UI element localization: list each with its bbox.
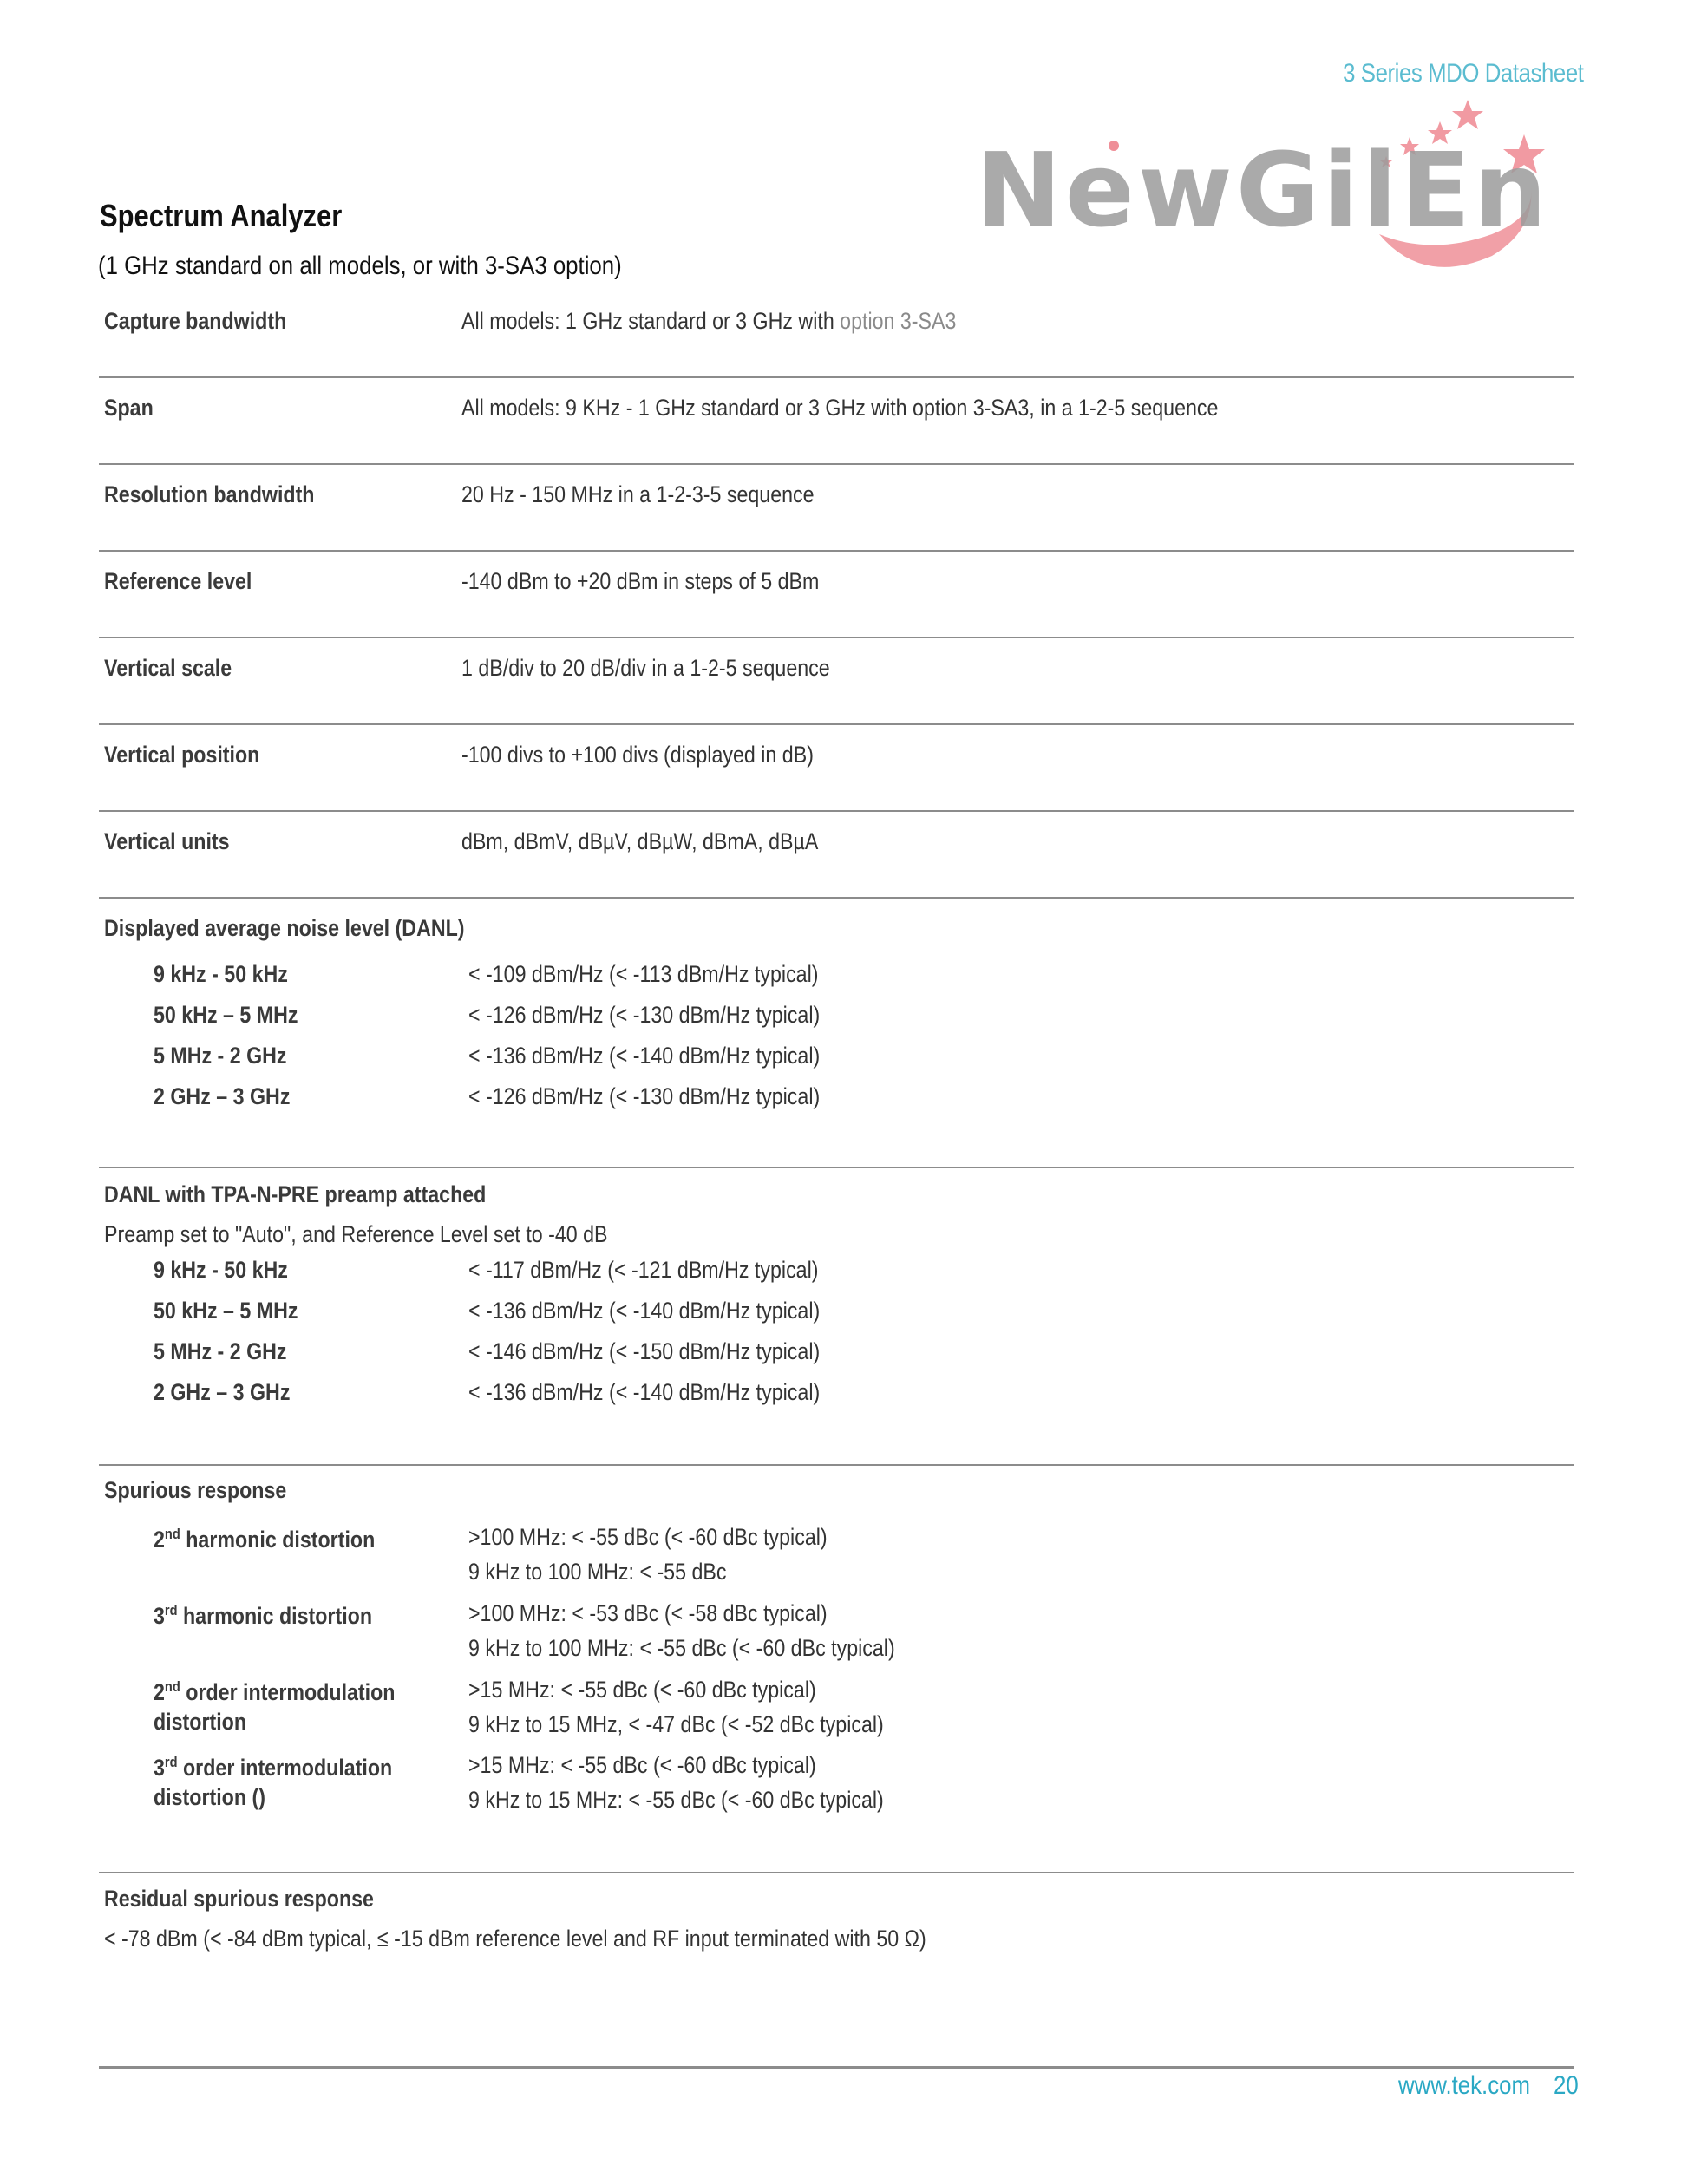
page-subtitle: (1 GHz standard on all models, or with 3… xyxy=(98,252,622,281)
page-title: Spectrum Analyzer xyxy=(100,198,342,234)
spurious-label-line2: distortion () xyxy=(154,1784,265,1811)
spec-label: Vertical units xyxy=(104,828,230,855)
option-3-sa3-link[interactable]: option 3-SA3 xyxy=(840,308,956,334)
spurious-label: 2nd order intermodulation xyxy=(154,1679,395,1706)
spurious-value: 9 kHz to 15 MHz, < -47 dBc (< -52 dBc ty… xyxy=(468,1711,884,1738)
danl-value: < -126 dBm/Hz (< -130 dBm/Hz typical) xyxy=(468,1002,820,1029)
divider xyxy=(99,897,1574,899)
danl-range: 50 kHz – 5 MHz xyxy=(154,1298,298,1324)
spec-value: -100 divs to +100 divs (displayed in dB) xyxy=(461,742,814,768)
footer-divider xyxy=(99,2066,1574,2069)
stars-crescent-icon: NewGilEn xyxy=(972,87,1561,286)
spurious-value: >15 MHz: < -55 dBc (< -60 dBc typical) xyxy=(468,1677,816,1703)
danl-value: < -136 dBm/Hz (< -140 dBm/Hz typical) xyxy=(468,1043,820,1069)
spec-label: Resolution bandwidth xyxy=(104,481,315,508)
spec-value: dBm, dBmV, dBµV, dBµW, dBmA, dBµA xyxy=(461,828,818,855)
spurious-label: 3rd harmonic distortion xyxy=(154,1603,372,1630)
danl-range: 5 MHz - 2 GHz xyxy=(154,1043,287,1069)
spurious-value: >100 MHz: < -55 dBc (< -60 dBc typical) xyxy=(468,1524,828,1551)
danl-range: 2 GHz – 3 GHz xyxy=(154,1379,290,1406)
danl-range: 50 kHz – 5 MHz xyxy=(154,1002,298,1029)
spurious-label: 2nd harmonic distortion xyxy=(154,1527,375,1553)
footer-url-link[interactable]: www.tek.com xyxy=(1398,2071,1530,2101)
spurious-value: 9 kHz to 100 MHz: < -55 dBc xyxy=(468,1559,726,1586)
spurious-value: 9 kHz to 15 MHz: < -55 dBc (< -60 dBc ty… xyxy=(468,1787,884,1814)
spurious-title: Spurious response xyxy=(104,1477,286,1504)
danl-preamp-title: DANL with TPA-N-PRE preamp attached xyxy=(104,1181,486,1208)
spurious-value: >100 MHz: < -53 dBc (< -58 dBc typical) xyxy=(468,1600,828,1627)
divider xyxy=(99,376,1574,378)
spurious-value: >15 MHz: < -55 dBc (< -60 dBc typical) xyxy=(468,1752,816,1779)
residual-value: < -78 dBm (< -84 dBm typical, ≤ -15 dBm … xyxy=(104,1926,926,1952)
danl-range: 9 kHz - 50 kHz xyxy=(154,961,288,988)
danl-title: Displayed average noise level (DANL) xyxy=(104,915,465,942)
spec-value: 1 dB/div to 20 dB/div in a 1-2-5 sequenc… xyxy=(461,655,830,682)
divider xyxy=(99,723,1574,725)
danl-value: < -117 dBm/Hz (< -121 dBm/Hz typical) xyxy=(468,1257,818,1284)
spec-label: Vertical position xyxy=(104,742,259,768)
spec-value: All models: 1 GHz standard or 3 GHz with… xyxy=(461,308,956,335)
spec-value: -140 dBm to +20 dBm in steps of 5 dBm xyxy=(461,568,819,595)
page-number: 20 xyxy=(1554,2071,1579,2101)
divider xyxy=(99,637,1574,638)
danl-range: 2 GHz – 3 GHz xyxy=(154,1083,290,1110)
divider xyxy=(99,1872,1574,1873)
danl-range: 5 MHz - 2 GHz xyxy=(154,1338,287,1365)
danl-value: < -136 dBm/Hz (< -140 dBm/Hz typical) xyxy=(468,1379,820,1406)
danl-value: < -146 dBm/Hz (< -150 dBm/Hz typical) xyxy=(468,1338,820,1365)
divider xyxy=(99,1167,1574,1168)
spurious-value: 9 kHz to 100 MHz: < -55 dBc (< -60 dBc t… xyxy=(468,1635,895,1662)
spec-label: Reference level xyxy=(104,568,252,595)
danl-value: < -126 dBm/Hz (< -130 dBm/Hz typical) xyxy=(468,1083,820,1110)
divider xyxy=(99,1464,1574,1466)
spec-label: Vertical scale xyxy=(104,655,232,682)
residual-title: Residual spurious response xyxy=(104,1886,374,1913)
newgilen-logo: NewGilEn xyxy=(972,87,1561,286)
spurious-label-line2: distortion xyxy=(154,1709,246,1736)
document-header-title: 3 Series MDO Datasheet xyxy=(1343,59,1583,88)
divider xyxy=(99,463,1574,465)
svg-text:NewGilEn: NewGilEn xyxy=(976,130,1550,250)
danl-preamp-note: Preamp set to "Auto", and Reference Leve… xyxy=(104,1221,608,1248)
divider xyxy=(99,550,1574,552)
danl-range: 9 kHz - 50 kHz xyxy=(154,1257,288,1284)
spec-label: Span xyxy=(104,395,154,422)
spec-value: All models: 9 KHz - 1 GHz standard or 3 … xyxy=(461,395,1218,422)
spec-label: Capture bandwidth xyxy=(104,308,286,335)
spurious-label: 3rd order intermodulation xyxy=(154,1755,392,1782)
spec-value: 20 Hz - 150 MHz in a 1-2-3-5 sequence xyxy=(461,481,815,508)
danl-value: < -109 dBm/Hz (< -113 dBm/Hz typical) xyxy=(468,961,818,988)
danl-value: < -136 dBm/Hz (< -140 dBm/Hz typical) xyxy=(468,1298,820,1324)
divider xyxy=(99,810,1574,812)
